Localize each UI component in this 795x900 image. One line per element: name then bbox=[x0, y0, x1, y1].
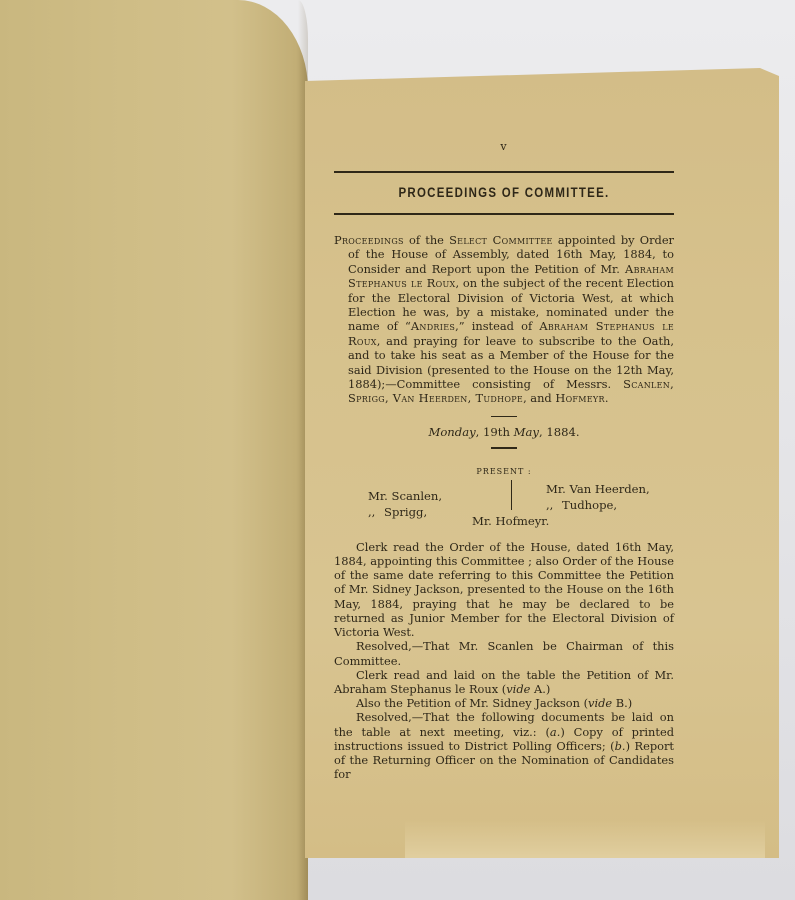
heading-rule-bottom bbox=[334, 213, 674, 215]
alias-name: Andries bbox=[411, 319, 455, 333]
minutes-body: Clerk read the Order of the House, dated… bbox=[334, 540, 674, 781]
intro-paragraph: Proceedings of the Select Committee appo… bbox=[334, 233, 674, 406]
page-number: v bbox=[334, 140, 674, 153]
attendance-list: Mr. Scanlen, ,,Sprigg, Mr. Van Heerden, … bbox=[334, 478, 674, 530]
attendance-right: Mr. Van Heerden, ,,Tudhope, bbox=[546, 481, 650, 513]
page-title: PROCEEDINGS OF COMMITTEE. bbox=[360, 185, 649, 200]
committee-member-last: Hofmeyr bbox=[555, 391, 604, 405]
heading-rule-top bbox=[334, 171, 674, 173]
paragraph-chairman: Resolved,—That Mr. Scanlen be Chairman o… bbox=[334, 639, 674, 667]
present-label: PRESENT : bbox=[334, 467, 674, 476]
paragraph-resolved-documents: Resolved,—That the following documents b… bbox=[334, 710, 674, 781]
paragraph-clerk-laid: Clerk read and laid on the table the Pet… bbox=[334, 668, 674, 696]
page-stain bbox=[405, 820, 765, 858]
attendance-center: Mr. Hofmeyr. bbox=[472, 514, 549, 528]
left-page bbox=[0, 0, 308, 900]
attendance-left: Mr. Scanlen, ,,Sprigg, bbox=[368, 488, 442, 520]
page-content: v PROCEEDINGS OF COMMITTEE. Proceedings … bbox=[334, 140, 674, 781]
section-rule-2 bbox=[491, 447, 517, 449]
attendance-divider bbox=[511, 480, 512, 510]
paragraph-clerk-read: Clerk read the Order of the House, dated… bbox=[334, 540, 674, 639]
section-rule-1 bbox=[491, 416, 517, 418]
intro-lead: Proceedings bbox=[334, 233, 404, 247]
paragraph-also-petition: Also the Petition of Mr. Sidney Jackson … bbox=[334, 696, 674, 710]
meeting-date: Monday, 19th May, 1884. bbox=[334, 425, 674, 439]
select-committee: Select Committee bbox=[449, 233, 553, 247]
